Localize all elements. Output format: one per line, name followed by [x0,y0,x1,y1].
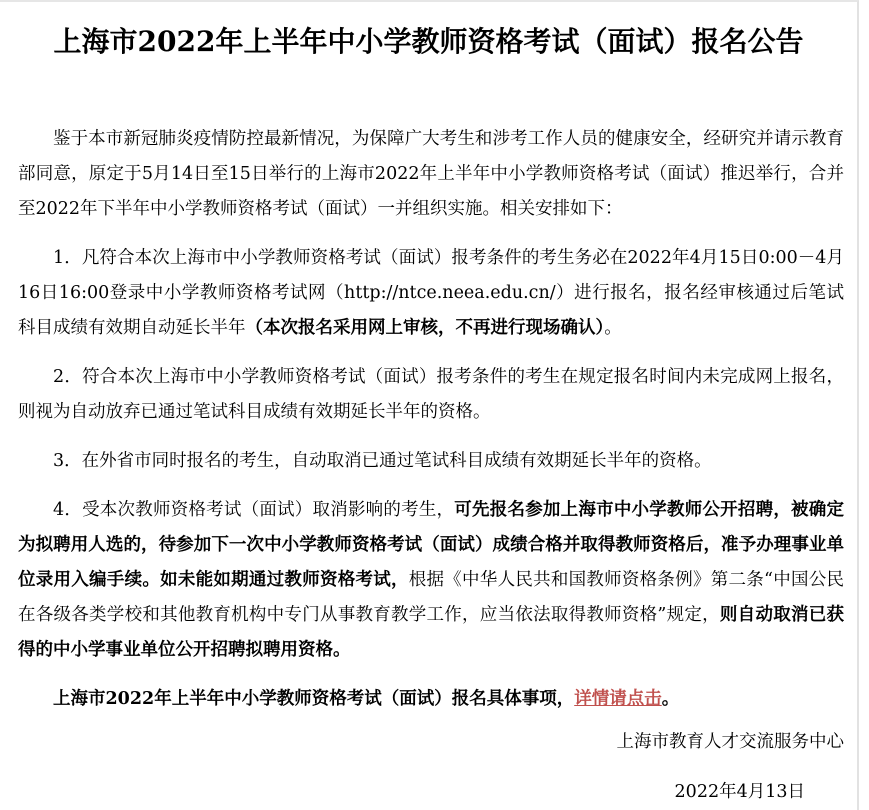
publish-date: 2022年4月13日 [18,775,844,810]
text-run: 。 [604,318,622,338]
text-run: 4．受本次教师资格考试（面试）取消影响的考生， [53,500,454,520]
paragraph-details: 上海市2022年上半年中小学教师资格考试（面试）报名具体事项，详情请点击。 [18,682,844,717]
publish-date-text: 2022年4月13日 [675,782,805,802]
text-run: 2．符合本次上海市中小学教师资格考试（面试）报考条件的考生在规定报名时间内未完成… [18,367,844,422]
text-run-bold: 。 [662,689,680,709]
paragraph-item-4: 4．受本次教师资格考试（面试）取消影响的考生，可先报名参加上海市中小学教师公开招… [18,493,844,668]
paragraph-item-2: 2．符合本次上海市中小学教师资格考试（面试）报考条件的考生在规定报名时间内未完成… [18,360,844,430]
details-link[interactable]: 详情请点击 [574,689,662,709]
page-title: 上海市2022年上半年中小学教师资格考试（面试）报名公告 [8,24,849,60]
document-body: 鉴于本市新冠肺炎疫情防控最新情况，为保障广大考生和涉考工作人员的健康安全，经研究… [0,122,857,810]
text-run-bold: 上海市2022年上半年中小学教师资格考试（面试）报名具体事项， [53,689,574,709]
paragraph-item-3: 3．在外省市同时报名的考生，自动取消已通过笔试科目成绩有效期延长半年的资格。 [18,444,844,479]
text-run: 3．在外省市同时报名的考生，自动取消已通过笔试科目成绩有效期延长半年的资格。 [53,451,712,471]
signature-text: 上海市教育人才交流服务中心 [617,732,845,752]
signature: 上海市教育人才交流服务中心 [18,725,844,760]
paragraph-item-1: 1．凡符合本次上海市中小学教师资格考试（面试）报考条件的考生务必在2022年4月… [18,241,844,346]
text-run-bold: （本次报名采用网上审核，不再进行现场确认） [246,318,605,338]
text-run: 鉴于本市新冠肺炎疫情防控最新情况，为保障广大考生和涉考工作人员的健康安全，经研究… [18,129,844,219]
announcement-page: 上海市2022年上半年中小学教师资格考试（面试）报名公告 鉴于本市新冠肺炎疫情防… [0,0,859,810]
paragraph-intro: 鉴于本市新冠肺炎疫情防控最新情况，为保障广大考生和涉考工作人员的健康安全，经研究… [18,122,844,227]
